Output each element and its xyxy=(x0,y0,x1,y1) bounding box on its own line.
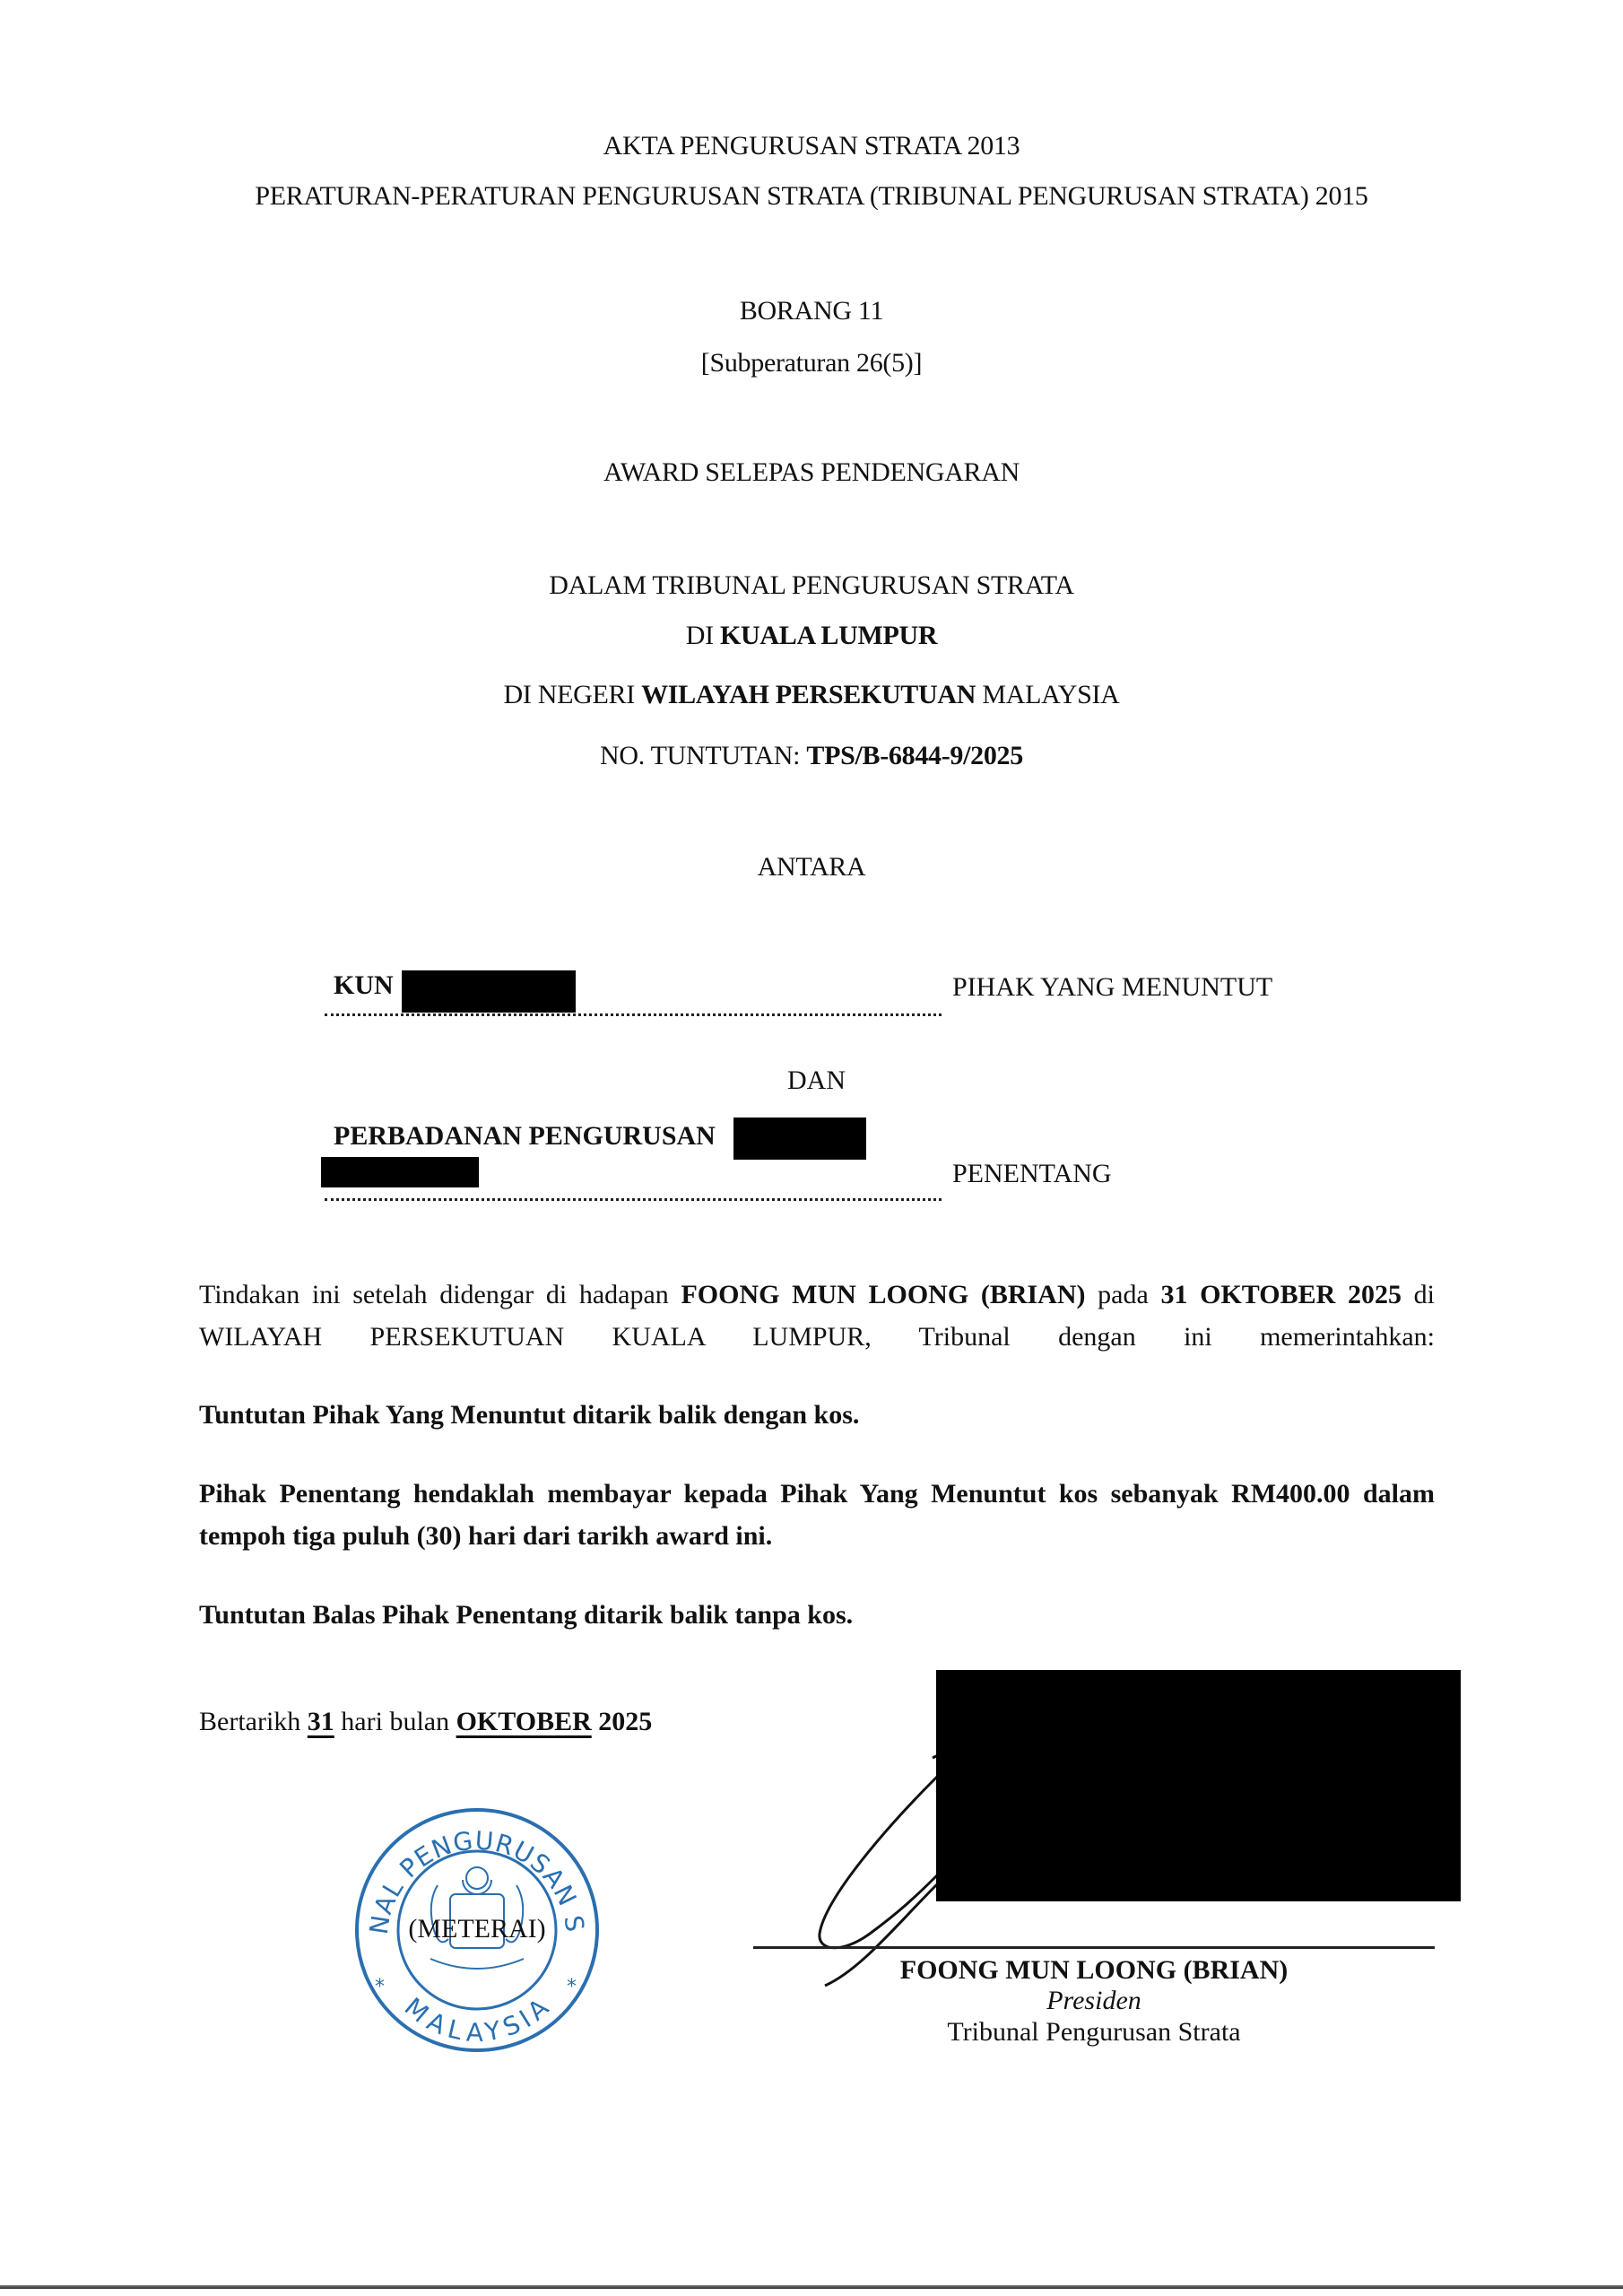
svg-text:MALAYSIA: MALAYSIA xyxy=(399,1992,556,2048)
seal-emblem-icon: TRIBUNAL PENGURUSAN STRATA MALAYSIA * * … xyxy=(352,1805,603,2056)
respondent-role: PENENTANG xyxy=(952,1159,1112,1189)
claim-label: NO. TUNTUTAN: xyxy=(600,741,806,770)
court-line-3-suffix: MALAYSIA xyxy=(976,680,1119,709)
signatory-block: FOONG MUN LOONG (BRIAN) Presiden Tribuna… xyxy=(753,1955,1435,2048)
and-label: DAN xyxy=(787,1065,846,1096)
intro-president: FOONG MUN LOONG (BRIAN) xyxy=(681,1280,1085,1309)
signatory-organization: Tribunal Pengurusan Strata xyxy=(753,2016,1435,2048)
intro-text: Tindakan ini setelah didengar di hadapan xyxy=(199,1280,681,1309)
claimant-dotted-line xyxy=(325,1013,942,1016)
court-line-2: DI KUALA LUMPUR xyxy=(0,621,1623,651)
redaction-respondent-name-1 xyxy=(733,1118,866,1160)
respondent-name: PERBADANAN PENGURUSAN xyxy=(334,1121,716,1152)
intro-date: 31 OKTOBER 2025 xyxy=(1160,1280,1402,1309)
regulation-title: PERATURAN-PERATURAN PENGURUSAN STRATA (T… xyxy=(0,181,1623,212)
award-title: AWARD SELEPAS PENDENGARAN xyxy=(0,457,1623,488)
court-line-3: DI NEGERI WILAYAH PERSEKUTUAN MALAYSIA xyxy=(0,680,1623,710)
dated-prefix: Bertarikh xyxy=(199,1707,308,1736)
subregulation: [Subperaturan 26(5)] xyxy=(0,348,1623,378)
redaction-claimant-name xyxy=(402,970,576,1013)
signatory-title: Presiden xyxy=(753,1986,1435,2016)
hearing-statement: Tindakan ini setelah didengar di hadapan… xyxy=(199,1274,1435,1358)
tribunal-seal: TRIBUNAL PENGURUSAN STRATA MALAYSIA * * … xyxy=(352,1805,603,2056)
redaction-respondent-name-2 xyxy=(321,1157,479,1187)
signatory-name: FOONG MUN LOONG (BRIAN) xyxy=(753,1955,1435,1986)
order-2: Pihak Penentang hendaklah membayar kepad… xyxy=(199,1473,1435,1557)
order-1: Tuntutan Pihak Yang Menuntut ditarik bal… xyxy=(199,1394,1435,1436)
svg-text:(METERAI): (METERAI) xyxy=(408,1914,545,1944)
form-number: BORANG 11 xyxy=(0,296,1623,326)
respondent-dotted-line xyxy=(325,1198,942,1201)
dated-year: 2025 xyxy=(592,1707,653,1736)
claim-number: TPS/B-6844-9/2025 xyxy=(806,741,1023,770)
page-bottom-edge xyxy=(0,2285,1623,2289)
court-line-1: DALAM TRIBUNAL PENGURUSAN STRATA xyxy=(0,570,1623,601)
court-state: WILAYAH PERSEKUTUAN xyxy=(641,680,976,709)
claim-number-line: NO. TUNTUTAN: TPS/B-6844-9/2025 xyxy=(0,741,1623,771)
claimant-role: PIHAK YANG MENUNTUT xyxy=(952,972,1272,1003)
svg-text:*: * xyxy=(375,1976,385,1998)
court-line-2-prefix: DI xyxy=(686,621,720,650)
dated-month: OKTOBER xyxy=(456,1707,592,1736)
signature-line xyxy=(753,1946,1435,1949)
redaction-signature xyxy=(936,1670,1461,1901)
dated-middle: hari bulan xyxy=(334,1707,456,1736)
intro-text-2: pada xyxy=(1085,1280,1160,1309)
act-title: AKTA PENGURUSAN STRATA 2013 xyxy=(0,131,1623,161)
dated-day: 31 xyxy=(308,1707,334,1736)
svg-text:*: * xyxy=(567,1976,577,1998)
between-label: ANTARA xyxy=(0,852,1623,883)
court-location: KUALA LUMPUR xyxy=(720,621,937,650)
court-line-3-prefix: DI NEGERI xyxy=(503,680,641,709)
claimant-name: KUN xyxy=(334,970,394,1001)
